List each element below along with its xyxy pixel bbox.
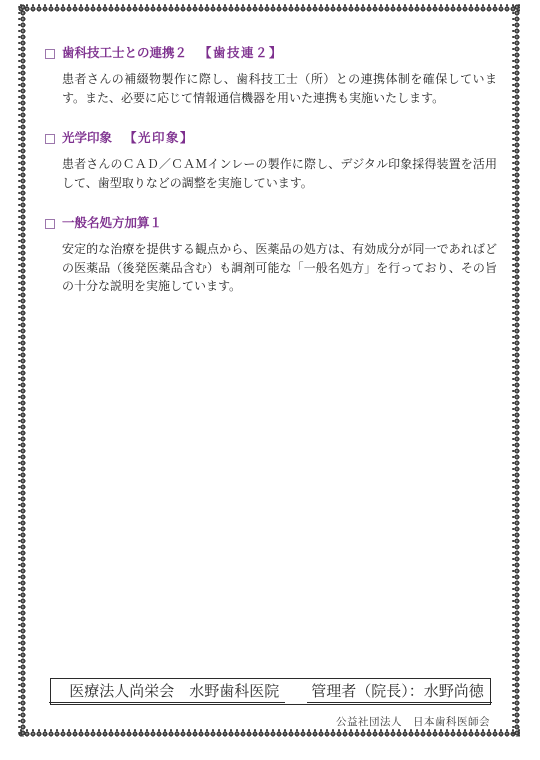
document-content: 歯科技工士との連携２ 【歯技連２】 患者さんの補綴物製作に際し、歯科技工士（所）… <box>45 44 497 318</box>
document-page: 歯科技工士との連携２ 【歯技連２】 患者さんの補綴物製作に際し、歯科技工士（所）… <box>0 0 540 760</box>
publisher-credit: 公益社団法人 日本歯科医師会 <box>336 714 490 729</box>
section-optical-impression: 光学印象 【光印象】 患者さんのＣＡＤ／ＣＡＭインレーの製作に際し、デジタル印象… <box>45 129 497 192</box>
checkbox-icon <box>45 49 55 59</box>
clinic-info-box: 医療法人尚栄会 水野歯科医院 管理者（院長）：水野尚徳 <box>50 678 491 705</box>
section-body: 患者さんのＣＡＤ／ＣＡＭインレーの製作に際し、デジタル印象採得装置を活用して、歯… <box>45 155 497 192</box>
section-body: 安定的な治療を提供する観点から、医薬品の処方は、有効成分が同一であればどの医薬品… <box>45 240 497 296</box>
decorative-border-left <box>18 4 26 737</box>
clinic-name: 医療法人尚栄会 水野歯科医院 <box>49 680 285 703</box>
section-generic-name-prescription: 一般名処方加算１ 安定的な治療を提供する観点から、医薬品の処方は、有効成分が同一… <box>45 214 497 296</box>
section-heading: 歯科技工士との連携２ 【歯技連２】 <box>45 44 497 62</box>
section-title: 歯科技工士との連携２ <box>62 44 187 62</box>
section-tag: 【光印象】 <box>124 129 194 147</box>
checkbox-icon <box>45 134 55 144</box>
decorative-border-top <box>18 4 520 12</box>
decorative-border-right <box>512 4 520 737</box>
section-tag: 【歯技連２】 <box>199 44 283 62</box>
decorative-border-bottom <box>18 729 520 737</box>
checkbox-icon <box>45 219 55 229</box>
manager-name: 管理者（院長）：水野尚徳 <box>307 680 492 703</box>
section-heading: 一般名処方加算１ <box>45 214 497 232</box>
section-body: 患者さんの補綴物製作に際し、歯科技工士（所）との連携体制を確保しています。また、… <box>45 70 497 107</box>
section-dental-technician-cooperation: 歯科技工士との連携２ 【歯技連２】 患者さんの補綴物製作に際し、歯科技工士（所）… <box>45 44 497 107</box>
section-title: 光学印象 <box>62 129 112 147</box>
section-heading: 光学印象 【光印象】 <box>45 129 497 147</box>
section-title: 一般名処方加算１ <box>62 214 162 232</box>
